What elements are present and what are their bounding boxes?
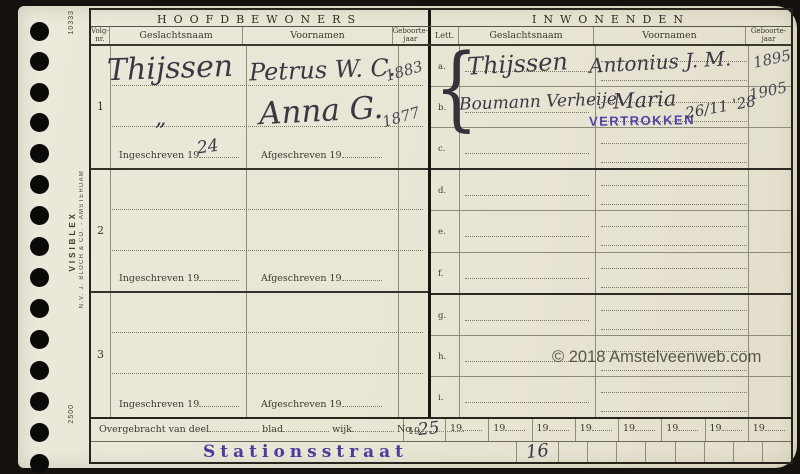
- binder-hole: [30, 268, 49, 287]
- year-cell: 19: [749, 419, 791, 441]
- col-geboortejaar-right: Geboorte- jaar: [746, 27, 791, 44]
- binder-hole: [30, 330, 49, 349]
- binder-hole: [30, 206, 49, 225]
- street-name-cell: Stationsstraat: [91, 442, 517, 462]
- col-geboorte-line2: jaar: [403, 36, 417, 44]
- register-card: 10333 VISIBLEX N.V. J. BLOCH & CO. - AMS…: [18, 6, 797, 468]
- empty-cell: [588, 442, 617, 462]
- binder-hole: [30, 175, 49, 194]
- year-cell: 19: [489, 419, 532, 441]
- handwritten-ingeschreven-year: 24: [196, 138, 220, 158]
- row-letter: g.: [438, 311, 446, 321]
- afgeschreven-label: Afgeschreven 19: [261, 150, 382, 161]
- brand-name: VISIBLEX: [68, 211, 77, 271]
- col-volgnr-line2: nr.: [95, 36, 104, 44]
- handwritten-surname-1: Thijssen: [107, 52, 234, 86]
- year-cell: 19: [576, 419, 619, 441]
- vertrokken-stamp: VERTROKKEN: [589, 113, 695, 128]
- row-number: 3: [91, 293, 110, 417]
- row-letter: f.: [438, 269, 444, 279]
- copyright-watermark: © 2018 Amstelveenweb.com: [552, 348, 761, 367]
- row-letter: i.: [438, 393, 443, 403]
- brand-address: N.V. J. BLOCH & CO. - AMSTERDAM: [79, 170, 85, 308]
- binder-hole: [30, 113, 49, 132]
- binder-hole: [30, 454, 49, 473]
- row-letter: d.: [438, 186, 446, 196]
- binder-hole: [30, 299, 49, 318]
- col-geboortejaar-left: Geboorte- jaar: [393, 27, 428, 44]
- empty-cell: [763, 442, 791, 462]
- ingeschreven-label: Ingeschreven 19: [119, 273, 239, 284]
- binder-hole: [30, 237, 49, 256]
- binder-hole: [30, 392, 49, 411]
- handwritten-firstnames-1: Petrus W. C.: [249, 55, 396, 84]
- transfer-year-cell: 19 25: [404, 419, 446, 441]
- lodger-row-e: e.: [431, 211, 791, 252]
- year-cell: 19: [533, 419, 576, 441]
- col-volgnr: Volg- nr.: [91, 27, 110, 44]
- afgeschreven-label: Afgeschreven 19: [261, 273, 382, 284]
- col-voornamen-left: Voornamen: [243, 27, 392, 44]
- col-geslachtsnaam-left: Geslachtsnaam: [110, 27, 244, 44]
- register-table: HOOFDBEWONERS INWONENDEN Volg- nr. Gesla…: [89, 8, 793, 464]
- binder-hole: [30, 144, 49, 163]
- ingeschreven-label: Ingeschreven 19: [119, 399, 239, 410]
- transfer-row: Overgebracht van deel blad wijk No. 19 2…: [91, 417, 791, 441]
- binder-hole: [30, 83, 49, 102]
- empty-cell: [646, 442, 675, 462]
- lodger-row-d: d.: [431, 170, 791, 211]
- serial-number-top: 10333: [68, 10, 75, 34]
- lodger-row-f: f.: [431, 253, 791, 295]
- empty-cell: [734, 442, 763, 462]
- col-voornamen-right: Voornamen: [594, 27, 746, 44]
- serial-number-bottom: 2500: [68, 404, 75, 424]
- year-cell: 19: [619, 419, 662, 441]
- row-letter: h.: [438, 352, 446, 362]
- handwritten-lodger-firstnames-b: Maria: [612, 88, 676, 112]
- main-row-2: 2 Ingeschreven 19 Afgeschreven 19: [91, 170, 428, 294]
- wijk-label: wijk: [332, 424, 352, 435]
- empty-cell: [676, 442, 705, 462]
- empty-cell: [705, 442, 734, 462]
- handwritten-transfer-year: 25: [417, 420, 440, 439]
- handwritten-firstnames-2: Anna G.: [258, 93, 384, 130]
- ingeschreven-label: Ingeschreven 19: [119, 150, 239, 161]
- main-row-1: 1 Ingeschreven 19 Afgeschreven 19 Thijss…: [91, 46, 428, 170]
- street-stamp: Stationsstraat: [203, 442, 408, 462]
- title-hoofdbewoners: HOOFDBEWONERS: [91, 10, 431, 26]
- empty-cell: [617, 442, 646, 462]
- year-cell: 19: [446, 419, 489, 441]
- binder-hole: [30, 361, 49, 380]
- blad-label: blad: [262, 424, 283, 435]
- main-row-3: 3 Ingeschreven 19 Afgeschreven 19: [91, 293, 428, 417]
- binder-hole: [30, 52, 49, 71]
- binder-hole: [30, 423, 49, 442]
- empty-cell: [559, 442, 588, 462]
- handwritten-ditto: „: [155, 108, 166, 130]
- year-cell: 19: [706, 419, 749, 441]
- col-geslachtsnaam-right: Geslachtsnaam: [459, 27, 594, 44]
- year-cell: 19: [662, 419, 705, 441]
- transfer-text: Overgebracht van deel blad wijk No.: [91, 419, 404, 441]
- lodger-row-g: g.: [431, 295, 791, 336]
- handwritten-lodger-surname-a: Thijssen: [466, 49, 568, 78]
- row-letter: e.: [438, 227, 446, 237]
- handwritten-house-number: 16: [525, 442, 550, 462]
- street-row: Stationsstraat 16: [91, 441, 791, 462]
- title-inwonenden: INWONENDEN: [431, 10, 791, 26]
- row-number: 2: [91, 170, 110, 292]
- overgebracht-label: Overgebracht van deel: [99, 424, 209, 435]
- binder-hole: [30, 22, 49, 41]
- row-letter: c.: [438, 144, 445, 154]
- hoofdbewoners-section: 1 Ingeschreven 19 Afgeschreven 19 Thijss…: [91, 46, 431, 417]
- col-geboorte-line2: jaar: [762, 36, 776, 44]
- house-number-cell: 16: [517, 442, 559, 462]
- lodger-row-i: i.: [431, 377, 791, 417]
- afgeschreven-label: Afgeschreven 19: [261, 399, 382, 410]
- lodger-row-c: c.: [431, 128, 791, 170]
- section-title-row: HOOFDBEWONERS INWONENDEN: [91, 10, 791, 27]
